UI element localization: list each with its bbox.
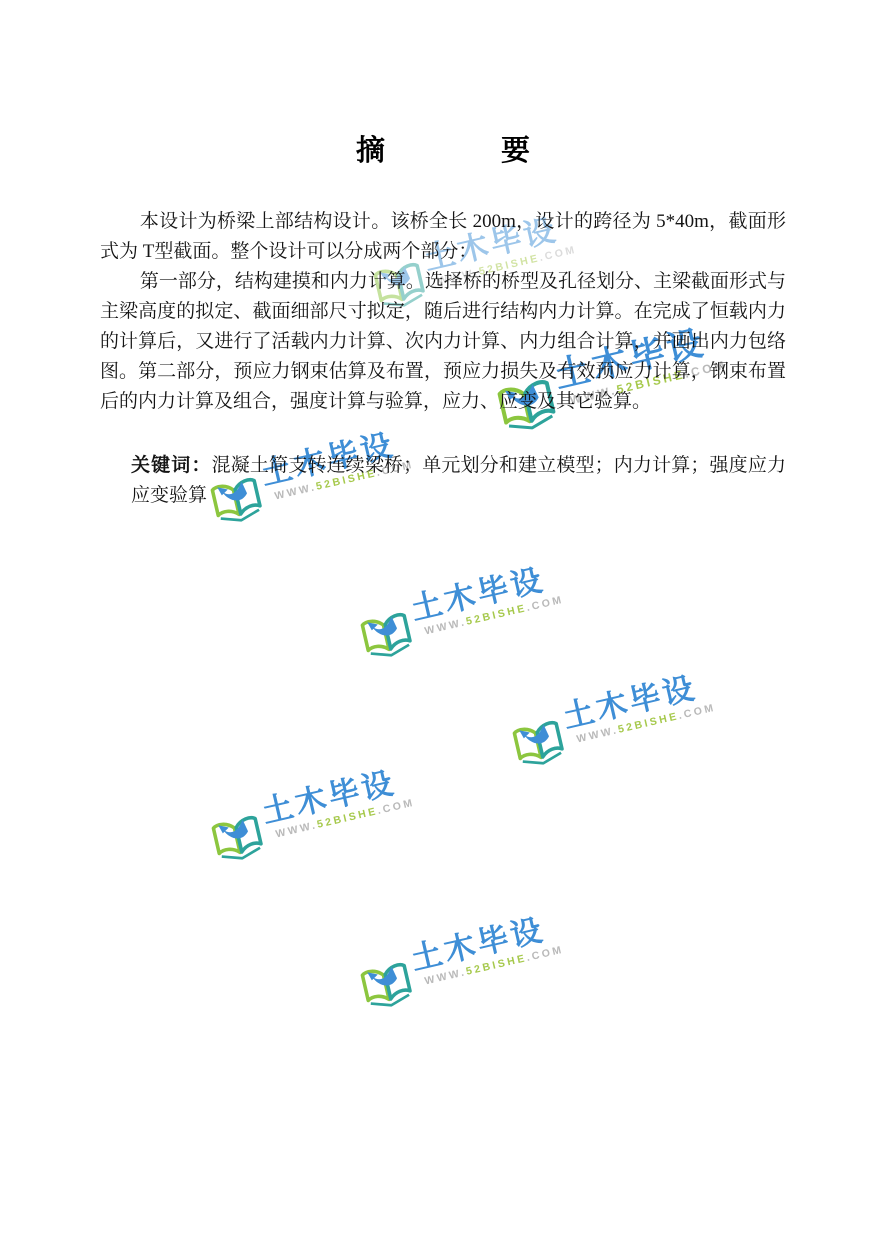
document-page: { "document": { "title": "摘 要", "paragra… xyxy=(0,0,886,1253)
watermark-url-text: WWW.52BISHE.COM xyxy=(416,943,565,988)
watermark: 土木毕设 WWW.52BISHE.COM xyxy=(354,911,567,1014)
watermark-url-prefix: WWW. xyxy=(423,616,467,637)
watermark-url-text: WWW.52BISHE.COM xyxy=(568,701,717,746)
abstract-paragraph-2: 第一部分，结构建摸和内力计算。选择桥的桥型及孔径划分、主梁截面形式与主梁高度的拟… xyxy=(100,267,786,417)
keywords-block: 关键词：混凝土简支转连续梁桥；单元划分和建立模型；内力计算；强度应力应变验算 xyxy=(100,451,786,511)
open-book-logo-icon xyxy=(357,607,416,663)
watermark-brand-text: 土木毕设 xyxy=(560,669,714,735)
watermark-url-suffix: .COM xyxy=(677,701,717,721)
watermark-text: 土木毕设 WWW.52BISHE.COM xyxy=(408,561,565,639)
watermark-url-mid: 52BISHE xyxy=(465,602,528,628)
watermark-url-suffix: .COM xyxy=(525,943,565,963)
watermark: 土木毕设 WWW.52BISHE.COM xyxy=(205,764,418,867)
watermark-url-suffix: .COM xyxy=(525,593,565,613)
watermark-url-prefix: WWW. xyxy=(274,819,318,840)
keywords-label: 关键词： xyxy=(131,455,212,476)
watermark-url-text: WWW.52BISHE.COM xyxy=(416,593,565,638)
watermark-text: 土木毕设 WWW.52BISHE.COM xyxy=(408,911,565,989)
watermark: 土木毕设 WWW.52BISHE.COM xyxy=(354,561,567,664)
abstract-paragraph-1: 本设计为桥梁上部结构设计。该桥全长 200m，设计的跨径为 5*40m，截面形式… xyxy=(100,207,786,267)
document-body: 摘 要 本设计为桥梁上部结构设计。该桥全长 200m，设计的跨径为 5*40m，… xyxy=(100,0,786,511)
open-book-logo-icon xyxy=(509,715,568,771)
watermark-brand-text: 土木毕设 xyxy=(259,764,413,830)
watermark-url-prefix: WWW. xyxy=(423,966,467,987)
watermark-brand-text: 土木毕设 xyxy=(408,561,562,627)
watermark-url-mid: 52BISHE xyxy=(316,805,379,831)
watermark-text: 土木毕设 WWW.52BISHE.COM xyxy=(259,764,416,842)
watermark: 土木毕设 WWW.52BISHE.COM xyxy=(506,669,719,772)
page-title: 摘 要 xyxy=(100,128,786,169)
watermark-url-text: WWW.52BISHE.COM xyxy=(267,796,416,841)
open-book-logo-icon xyxy=(208,810,267,866)
open-book-logo-icon xyxy=(357,957,416,1013)
watermark-brand-text: 土木毕设 xyxy=(408,911,562,977)
watermark-text: 土木毕设 WWW.52BISHE.COM xyxy=(560,669,717,747)
watermark-url-prefix: WWW. xyxy=(575,724,619,745)
watermark-url-suffix: .COM xyxy=(376,796,416,816)
keywords-text: 混凝土简支转连续梁桥；单元划分和建立模型；内力计算；强度应力应变验算 xyxy=(131,455,786,506)
watermark-url-mid: 52BISHE xyxy=(465,952,528,978)
watermark-url-mid: 52BISHE xyxy=(617,710,680,736)
